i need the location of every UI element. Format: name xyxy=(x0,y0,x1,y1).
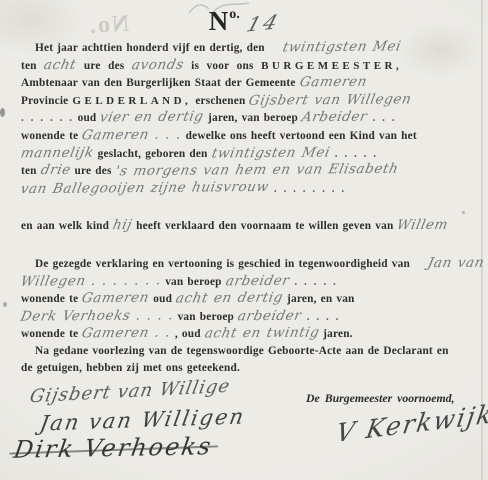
handwritten-text: Willegen . . . . . . . xyxy=(19,272,163,289)
printed-text: De gezegde verklaring en vertooning is g… xyxy=(35,258,414,270)
printed-text: Het jaar achttien honderd vijf en dertig… xyxy=(35,42,269,54)
document-line: ten drie ure des 's morgens van hem en v… xyxy=(21,162,477,180)
printed-text: , oud xyxy=(171,328,205,340)
document-lines: Het jaar achttien honderd vijf en dertig… xyxy=(21,39,477,376)
printed-text: ure des xyxy=(76,60,132,72)
document-line: en aan welk kind hij heeft verklaard den… xyxy=(21,217,477,235)
printed-text: dewelke ons heeft vertoond een Kind van … xyxy=(182,130,417,142)
dotted-fill: . . . . . xyxy=(329,148,377,160)
number-value-handwritten: 14 xyxy=(244,9,284,36)
printed-text: van beroep xyxy=(174,311,239,323)
dotted-fill: . . . . . xyxy=(289,276,337,288)
printed-text: van beroep xyxy=(161,276,226,288)
printed-text: ure des xyxy=(71,165,116,177)
document-line: Derk Verhoeks . . . . van beroep arbeide… xyxy=(21,308,477,326)
handwritten-text: mannelijk xyxy=(19,144,95,161)
handwritten-text: Arbeider xyxy=(300,109,368,126)
document-line: ten acht ure des avonds is voor ons BURG… xyxy=(21,57,477,75)
dotted-fill: . . . xyxy=(367,112,396,124)
printed-text: wonende te xyxy=(21,293,82,305)
printed-text: en aan welk kind xyxy=(21,220,113,232)
handwritten-text: twintigsten Mei xyxy=(267,38,402,55)
handwritten-text: avonds xyxy=(130,56,185,72)
number-prefix: N xyxy=(209,6,230,36)
printed-text: Ambtenaar van den Burgerlijken Staat der… xyxy=(21,77,300,89)
printed-text: wonende te xyxy=(21,130,82,142)
document-line: . . . . . . oud vier en dertig jaren, va… xyxy=(21,109,477,127)
dotted-fill: . . . . xyxy=(301,311,340,323)
dotted-fill: . . . . . . . . xyxy=(269,183,346,195)
handwritten-text: Jan van xyxy=(412,255,485,272)
printed-text: heeft verklaard den voornaam te willen g… xyxy=(132,220,397,232)
document-line: De gezegde verklaring en vertooning is g… xyxy=(21,255,477,273)
burgemeester-label: De Burgemeester voornoemd, xyxy=(306,391,455,406)
printed-caps-text: BURGEMEESTER, xyxy=(261,60,402,72)
document-line: Na gedane voorlezing van de tegenswoordi… xyxy=(21,343,477,360)
document-line: Provincie GELDERLAND, erschenen Gijsbert… xyxy=(21,92,477,110)
signature-burgemeester: V Kerkwijk xyxy=(334,399,488,448)
printed-text: ten xyxy=(21,60,44,72)
document-line: van Ballegooijen zijne huisvrouw . . . .… xyxy=(21,180,477,198)
printed-text: Na gedane voorlezing van de tegenswoordi… xyxy=(35,345,449,357)
printed-text: Provincie xyxy=(21,95,72,107)
handwritten-text: hij xyxy=(112,217,134,233)
printed-text: geslacht, geboren den xyxy=(94,148,212,160)
handwritten-text: Derk Verhoeks . . . . xyxy=(19,307,175,324)
document-scan: No. No.14 Het jaar achttien honderd vijf… xyxy=(0,0,488,480)
handwritten-text: arbeider xyxy=(236,307,303,324)
printed-text: is voor ons xyxy=(184,60,262,72)
document-line: wonende te Gameren oud acht en dertig ja… xyxy=(21,290,477,308)
printed-text: ten xyxy=(21,165,41,177)
document-line: Ambtenaar van den Burgerlijken Staat der… xyxy=(21,74,477,92)
handwritten-text: Gameren . . . xyxy=(81,127,184,144)
handwritten-text: vier en dertig xyxy=(99,109,206,126)
printed-text: erschenen xyxy=(191,95,249,107)
document-line: Het jaar achttien honderd vijf en dertig… xyxy=(21,39,477,57)
handwritten-text: Gijsbert van Willegen xyxy=(248,91,414,108)
signature-witness-2: Dirk Verhoeks xyxy=(12,432,215,464)
printed-text: wonende te xyxy=(21,328,82,340)
ink-speck xyxy=(3,302,7,307)
handwritten-text: acht en dertig xyxy=(174,290,284,307)
handwritten-text: arbeider xyxy=(224,272,291,289)
printed-text: de getuigen, hebben zij met ons geteeken… xyxy=(21,362,240,374)
number-ordinal: o. xyxy=(229,7,240,22)
act-number: No.14 xyxy=(0,6,488,37)
document-line: Willegen . . . . . . . van beroep arbeid… xyxy=(21,273,477,291)
printed-text: jaren, van beroep xyxy=(204,112,302,124)
dotted-fill: . . . . . . xyxy=(21,112,74,124)
handwritten-text: Willem xyxy=(396,217,450,233)
handwritten-text: acht en twintig xyxy=(203,325,321,342)
handwritten-text: Gameren xyxy=(298,74,368,91)
handwritten-text: drie xyxy=(39,162,72,178)
handwritten-text: acht xyxy=(43,56,78,72)
signature-declarant: Gijsbert van Willige xyxy=(28,376,232,408)
document-line: de getuigen, hebben zij met ons geteeken… xyxy=(21,360,477,377)
printed-text: oud xyxy=(149,293,176,305)
printed-text: jaren. xyxy=(319,328,353,340)
handwritten-text: van Ballegooijen zijne huisvrouw xyxy=(19,179,270,197)
printed-text: oud xyxy=(74,112,101,124)
printed-text: jaren, en van xyxy=(283,293,355,305)
handwritten-text: twintigsten Mei xyxy=(210,144,331,161)
handwritten-text: Gameren xyxy=(81,290,151,307)
ink-speck xyxy=(0,108,5,117)
handwritten-text: 's morgens van hem en van Elisabeth xyxy=(114,161,400,179)
document-line: wonende te Gameren . . , oud acht en twi… xyxy=(21,325,477,343)
handwritten-text: Gameren . . xyxy=(81,325,173,342)
printed-caps-text: GELDERLAND, xyxy=(72,95,191,107)
document-line: mannelijk geslacht, geboren den twintigs… xyxy=(21,145,477,163)
document-line: wonende te Gameren . . . dewelke ons hee… xyxy=(21,127,477,145)
signature-witness-1: Jan van Willigen xyxy=(38,404,247,435)
